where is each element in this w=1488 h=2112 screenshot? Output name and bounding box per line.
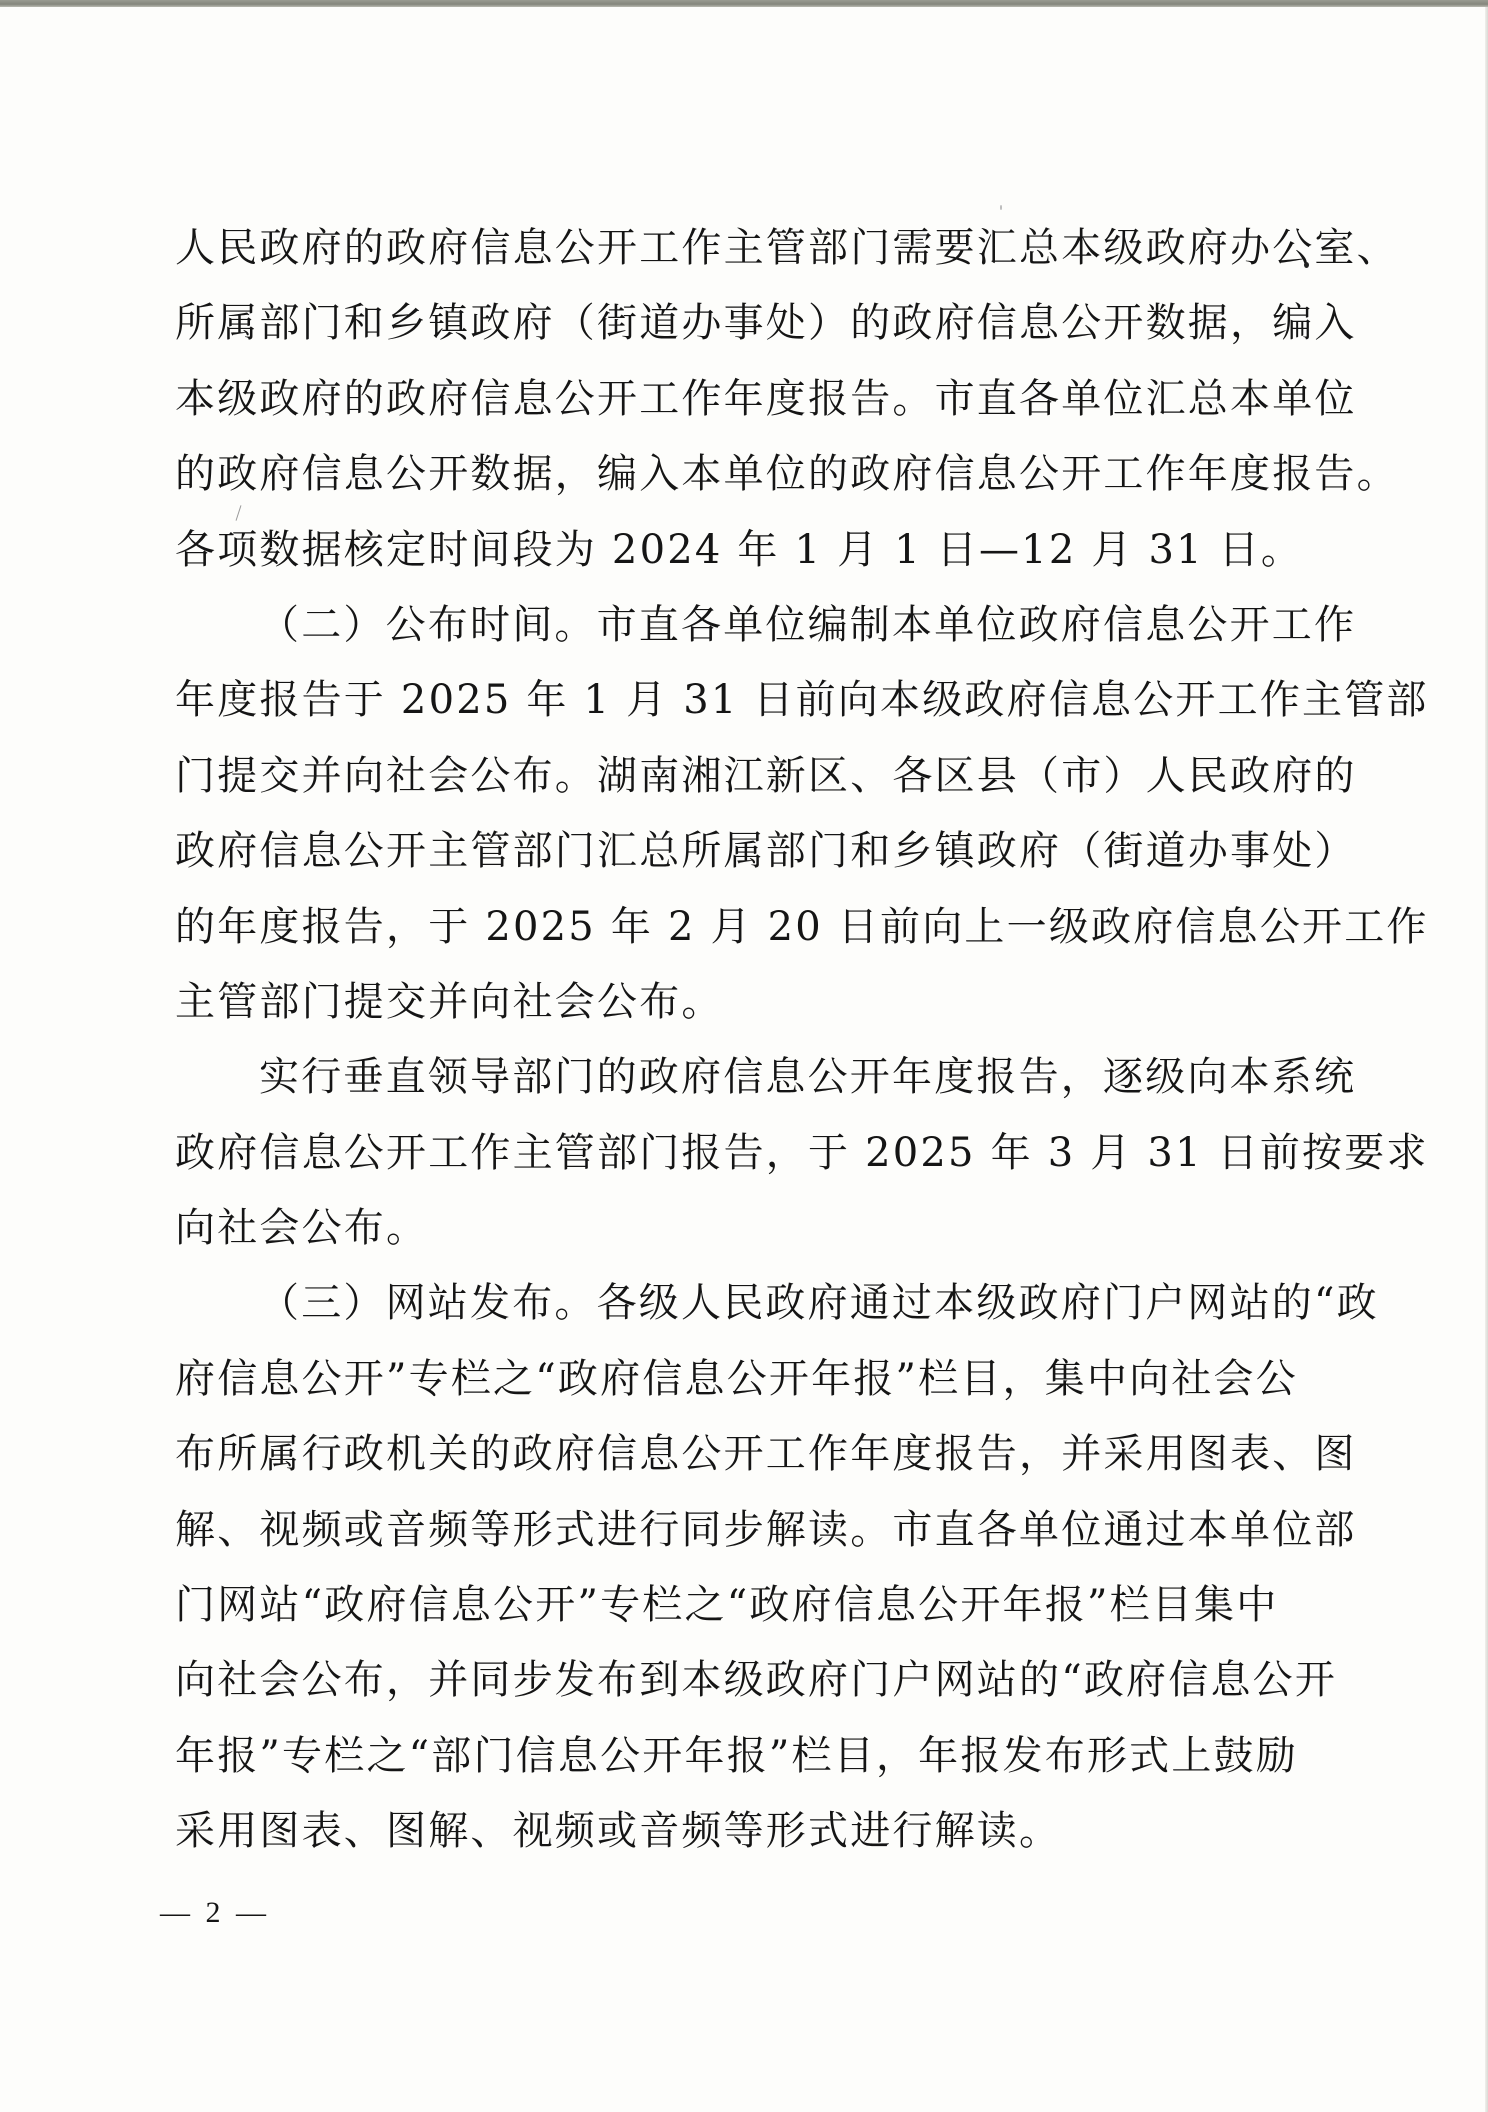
paragraph-website-release: （三）网站发布。各级人民政府通过本级政府门户网站的“政 府信息公开”专栏之“政府… xyxy=(175,1266,1311,1869)
scan-speck xyxy=(1304,262,1309,268)
text-line: 采用图表、图解、视频或音频等形式进行解读。 xyxy=(175,1794,1311,1869)
text-line: 本级政府的政府信息公开工作年度报告。市直各单位汇总本单位 xyxy=(175,362,1311,437)
text-line: （二）公布时间。市直各单位编制本单位政府信息公开工作 xyxy=(175,588,1311,663)
text-line: 年度报告于 2025 年 1 月 31 日前向本级政府信息公开工作主管部 xyxy=(175,663,1311,738)
scan-border-top xyxy=(0,0,1488,7)
text-line: （三）网站发布。各级人民政府通过本级政府门户网站的“政 xyxy=(175,1266,1311,1341)
page-number: — 2 — xyxy=(160,1890,270,1936)
text-line: 向社会公布。 xyxy=(175,1191,1311,1266)
text-line: 解、视频或音频等形式进行同步解读。市直各单位通过本单位部 xyxy=(175,1493,1311,1568)
text-line: 实行垂直领导部门的政府信息公开年度报告，逐级向本系统 xyxy=(175,1040,1311,1115)
text-line: 主管部门提交并向社会公布。 xyxy=(175,965,1311,1040)
text-line: 各项数据核定时间段为 2024 年 1 月 1 日—12 月 31 日。 xyxy=(175,513,1311,588)
text-line: 门网站“政府信息公开”专栏之“政府信息公开年报”栏目集中 xyxy=(175,1568,1311,1643)
paragraph-vertical-departments: 实行垂直领导部门的政府信息公开年度报告，逐级向本系统 政府信息公开工作主管部门报… xyxy=(175,1040,1311,1266)
scan-speck xyxy=(1000,205,1002,210)
text-line: 府信息公开”专栏之“政府信息公开年报”栏目，集中向社会公 xyxy=(175,1342,1311,1417)
text-line: 布所属行政机关的政府信息公开工作年度报告，并采用图表、图 xyxy=(175,1417,1311,1492)
text-line: 政府信息公开工作主管部门报告，于 2025 年 3 月 31 日前按要求 xyxy=(175,1116,1311,1191)
text-line: 政府信息公开主管部门汇总所属部门和乡镇政府（街道办事处） xyxy=(175,814,1311,889)
text-line: 所属部门和乡镇政府（街道办事处）的政府信息公开数据，编入 xyxy=(175,286,1311,361)
text-line: 年报”专栏之“部门信息公开年报”栏目，年报发布形式上鼓励 xyxy=(175,1719,1311,1794)
paragraph-1: 人民政府的政府信息公开工作主管部门需要汇总本级政府办公室、 所属部门和乡镇政府（… xyxy=(175,211,1311,588)
paragraph-publish-time: （二）公布时间。市直各单位编制本单位政府信息公开工作 年度报告于 2025 年 … xyxy=(175,588,1311,1040)
document-body: 人民政府的政府信息公开工作主管部门需要汇总本级政府办公室、 所属部门和乡镇政府（… xyxy=(175,211,1311,1870)
text-line: 人民政府的政府信息公开工作主管部门需要汇总本级政府办公室、 xyxy=(175,211,1311,286)
text-line: 门提交并向社会公布。湖南湘江新区、各区县（市）人民政府的 xyxy=(175,739,1311,814)
text-line: 的政府信息公开数据，编入本单位的政府信息公开工作年度报告。 xyxy=(175,437,1311,512)
text-line: 的年度报告，于 2025 年 2 月 20 日前向上一级政府信息公开工作 xyxy=(175,890,1311,965)
text-line: 向社会公布，并同步发布到本级政府门户网站的“政府信息公开 xyxy=(175,1643,1311,1718)
